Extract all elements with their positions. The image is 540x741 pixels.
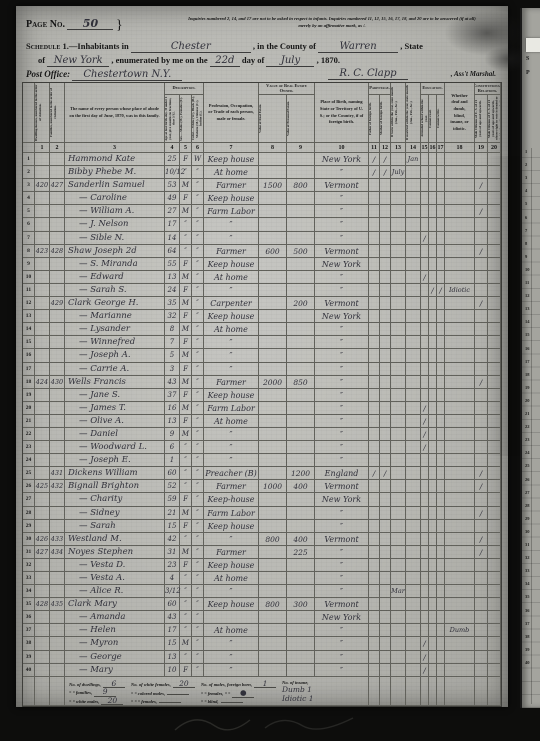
birthplace-value: ″: [315, 428, 369, 441]
real-estate-value: [259, 336, 287, 349]
disability-value: [445, 323, 475, 336]
cannot-write-mark: [437, 402, 445, 415]
personal-estate-value: [287, 284, 315, 297]
dwelling-number: [35, 611, 50, 624]
cannot-read-mark: [429, 323, 437, 336]
male-citizen-mark: /: [475, 480, 488, 493]
column-title: Age at last birth-day. If under 1 year, …: [165, 95, 179, 142]
marriage-month-value: [406, 232, 421, 245]
family-number: [50, 507, 65, 520]
vote-denied-mark: [488, 651, 501, 664]
occupation-value: ″: [204, 651, 259, 664]
marriage-month-value: [406, 637, 421, 650]
mother-foreign-mark: [380, 585, 391, 598]
cannot-read-mark: [429, 585, 437, 598]
mother-foreign-mark: /: [380, 467, 391, 480]
cannot-read-mark: [429, 363, 437, 376]
occupation-value: At home: [204, 572, 259, 585]
cannot-write-mark: [437, 297, 445, 310]
column-header-14: If married within the year, state month …: [406, 83, 421, 143]
column-header-11: Father of foreign birth.: [369, 95, 380, 143]
marriage-month-value: [406, 533, 421, 546]
real-estate-value: [259, 493, 287, 506]
personal-estate-value: [287, 153, 315, 166]
footer-line-label: “ “ “ females,: [131, 699, 157, 704]
family-number: [50, 637, 65, 650]
school-mark: [421, 284, 429, 297]
father-foreign-mark: [369, 651, 380, 664]
cannot-write-mark: [437, 218, 445, 231]
family-number: 434: [50, 546, 65, 559]
next-page-line-number: 15: [525, 333, 530, 338]
age-value: 37: [165, 389, 180, 402]
column-group-header: Education.: [421, 83, 445, 95]
sex-value: ″: [180, 480, 192, 493]
male-citizen-mark: [475, 651, 488, 664]
dwelling-number: [35, 271, 50, 284]
next-page-line-number: 10: [525, 268, 530, 273]
cannot-read-mark: [429, 245, 437, 258]
dwelling-number: [35, 284, 50, 297]
person-name: Wells Francis: [65, 376, 165, 389]
vote-denied-mark: [488, 153, 501, 166]
male-citizen-mark: /: [475, 297, 488, 310]
family-number: 428: [50, 245, 65, 258]
mother-foreign-mark: [380, 402, 391, 415]
real-estate-value: [259, 363, 287, 376]
sex-value: F: [180, 336, 192, 349]
marriage-month-value: [406, 271, 421, 284]
footer-line-label: “ “ colored males,: [131, 691, 165, 696]
birthplace-value: ″: [315, 232, 369, 245]
color-value: ″: [192, 415, 204, 428]
disability-value: [445, 611, 475, 624]
personal-estate-value: [287, 336, 315, 349]
month-value: July: [266, 56, 314, 67]
line-number: 26: [23, 480, 35, 493]
sex-value: M: [180, 637, 192, 650]
column-number: 8: [259, 143, 287, 153]
dwelling-number: [35, 454, 50, 467]
male-citizen-mark: [475, 258, 488, 271]
personal-estate-value: 500: [287, 245, 315, 258]
father-foreign-mark: /: [369, 166, 380, 179]
occupation-value: ″: [204, 533, 259, 546]
next-page-line-number: 32: [525, 556, 530, 561]
birth-month-value: [391, 232, 406, 245]
personal-estate-value: [287, 402, 315, 415]
cannot-write-mark: [437, 166, 445, 179]
age-value: 31: [165, 546, 180, 559]
column-number: 19: [475, 143, 488, 153]
family-number: [50, 493, 65, 506]
real-estate-value: 2000: [259, 376, 287, 389]
dwelling-number: 420: [35, 179, 50, 192]
cannot-write-mark: [437, 153, 445, 166]
birthplace-value: ″: [315, 637, 369, 650]
dayof-label: day of: [242, 55, 264, 65]
occupation-value: Keep house: [204, 153, 259, 166]
person-name: — Woodward L.: [65, 441, 165, 454]
vote-denied-mark: [488, 232, 501, 245]
dwelling-number: 424: [35, 376, 50, 389]
next-page-line-number: 4: [525, 189, 527, 194]
next-page-line-number: 3: [525, 176, 527, 181]
person-name: — Joseph E.: [65, 454, 165, 467]
dwelling-number: [35, 415, 50, 428]
dwelling-number: [35, 428, 50, 441]
family-number: [50, 205, 65, 218]
school-mark: [421, 310, 429, 323]
column-number: 14: [406, 143, 421, 153]
color-value: ″: [192, 533, 204, 546]
school-mark: [421, 533, 429, 546]
vote-denied-mark: [488, 349, 501, 362]
cannot-read-mark: [429, 507, 437, 520]
cannot-write-mark: [437, 428, 445, 441]
marriage-month-value: [406, 415, 421, 428]
mother-foreign-mark: [380, 310, 391, 323]
age-value: 32: [165, 310, 180, 323]
age-value: 35: [165, 297, 180, 310]
disability-value: [445, 559, 475, 572]
mother-foreign-mark: [380, 415, 391, 428]
marriage-month-value: [406, 284, 421, 297]
marriage-month-value: [406, 245, 421, 258]
occupation-value: [204, 611, 259, 624]
column-header-2: Families, numbered in the order of visit…: [50, 83, 65, 143]
male-citizen-mark: [475, 192, 488, 205]
vote-denied-mark: [488, 480, 501, 493]
next-page-line-number: 17: [525, 360, 530, 365]
male-citizen-mark: [475, 441, 488, 454]
person-name: — Myron: [65, 637, 165, 650]
mother-foreign-mark: [380, 572, 391, 585]
occupation-value: Preacher (B): [204, 467, 259, 480]
real-estate-value: [259, 271, 287, 284]
vote-denied-mark: [488, 598, 501, 611]
next-page-line-number: 39: [525, 648, 530, 653]
personal-estate-value: 850: [287, 376, 315, 389]
vote-denied-mark: [488, 415, 501, 428]
marriage-month-value: [406, 598, 421, 611]
mother-foreign-mark: [380, 297, 391, 310]
school-mark: /: [421, 664, 429, 677]
personal-estate-value: [287, 232, 315, 245]
dwelling-number: [35, 205, 50, 218]
family-number: 429: [50, 297, 65, 310]
sex-value: ″: [180, 611, 192, 624]
color-value: W: [192, 153, 204, 166]
brace-glyph: }: [116, 18, 123, 33]
school-mark: /: [421, 232, 429, 245]
column-number: 3: [65, 143, 165, 153]
cannot-write-mark: [437, 245, 445, 258]
birthplace-value: ″: [315, 415, 369, 428]
birthplace-value: ″: [315, 389, 369, 402]
occupation-value: Farmer: [204, 480, 259, 493]
disability-value: [445, 336, 475, 349]
marriage-month-value: [406, 507, 421, 520]
dwelling-number: [35, 153, 50, 166]
father-foreign-mark: [369, 493, 380, 506]
real-estate-value: [259, 611, 287, 624]
birthplace-value: New York: [315, 310, 369, 323]
real-estate-value: [259, 402, 287, 415]
male-citizen-mark: [475, 493, 488, 506]
birth-month-value: [391, 336, 406, 349]
birthplace-value: ″: [315, 323, 369, 336]
occupation-value: Keep house: [204, 520, 259, 533]
real-estate-value: [259, 664, 287, 677]
age-value: 6: [165, 441, 180, 454]
year-label: , 1870.: [317, 55, 340, 65]
footer-blank: [391, 677, 406, 706]
mother-foreign-mark: [380, 493, 391, 506]
occupation-value: ″: [204, 428, 259, 441]
personal-estate-value: [287, 454, 315, 467]
birth-month-value: [391, 546, 406, 559]
birthplace-value: ″: [315, 166, 369, 179]
footer-line-value: 1: [254, 680, 276, 689]
real-estate-value: [259, 585, 287, 598]
male-citizen-mark: [475, 166, 488, 179]
dwelling-number: [35, 559, 50, 572]
occupation-value: Farmer: [204, 179, 259, 192]
footer-blank: [437, 677, 445, 706]
age-value: 42: [165, 533, 180, 546]
person-name: — Winnefred: [65, 336, 165, 349]
school-mark: [421, 166, 429, 179]
occupation-value: ″: [204, 637, 259, 650]
father-foreign-mark: [369, 363, 380, 376]
family-number: [50, 651, 65, 664]
line-number: 38: [23, 637, 35, 650]
column-header-12: Mother of foreign birth.: [380, 95, 391, 143]
bleedthrough-marks: [170, 708, 390, 738]
birth-month-value: Mar: [391, 585, 406, 598]
real-estate-value: 1000: [259, 480, 287, 493]
next-page-line-number: 38: [525, 635, 530, 640]
male-citizen-mark: /: [475, 205, 488, 218]
birth-month-value: [391, 624, 406, 637]
family-number: [50, 611, 65, 624]
column-number: 2: [50, 143, 65, 153]
dwelling-number: [35, 297, 50, 310]
cannot-write-mark: [437, 323, 445, 336]
vote-denied-mark: [488, 271, 501, 284]
color-value: ″: [192, 166, 204, 179]
birth-month-value: [391, 192, 406, 205]
birthplace-value: ″: [315, 271, 369, 284]
birth-month-value: [391, 245, 406, 258]
cannot-write-mark: [437, 651, 445, 664]
father-foreign-mark: [369, 376, 380, 389]
personal-estate-value: [287, 323, 315, 336]
school-mark: /: [421, 637, 429, 650]
sex-value: F: [180, 153, 192, 166]
county-label: , in the County of: [253, 41, 316, 51]
next-page-line-number: 12: [525, 294, 530, 299]
color-value: ″: [192, 349, 204, 362]
family-number: [50, 559, 65, 572]
school-mark: [421, 376, 429, 389]
next-page-line-number: 36: [525, 609, 530, 614]
disability-value: [445, 546, 475, 559]
color-value: ″: [192, 323, 204, 336]
vote-denied-mark: [488, 336, 501, 349]
family-number: [50, 258, 65, 271]
birthplace-value: ″: [315, 376, 369, 389]
cannot-write-mark: [437, 559, 445, 572]
real-estate-value: [259, 637, 287, 650]
footer-blank: [23, 677, 35, 706]
occupation-value: ″: [204, 454, 259, 467]
father-foreign-mark: [369, 611, 380, 624]
color-value: ″: [192, 611, 204, 624]
person-name: Shaw Joseph 2d: [65, 245, 165, 258]
marriage-month-value: [406, 651, 421, 664]
line-number: 35: [23, 598, 35, 611]
personal-estate-value: [287, 441, 315, 454]
real-estate-value: [259, 507, 287, 520]
birthplace-value: ″: [315, 192, 369, 205]
personal-estate-value: [287, 559, 315, 572]
male-citizen-mark: [475, 572, 488, 585]
sex-value: ″: [180, 467, 192, 480]
dwelling-number: 428: [35, 598, 50, 611]
birth-month-value: [391, 611, 406, 624]
occupation-value: At home: [204, 271, 259, 284]
instructions-note: Inquiries numbered 2, 14, and 17 are not…: [162, 16, 502, 30]
disability-value: [445, 363, 475, 376]
age-value: 13: [165, 271, 180, 284]
county-value: Warren: [318, 42, 398, 53]
column-title: Dwelling-houses, numbered in the order o…: [35, 83, 49, 142]
next-page-text-fragment: P: [526, 70, 530, 76]
mother-foreign-mark: [380, 376, 391, 389]
father-foreign-mark: [369, 585, 380, 598]
birthplace-value: ″: [315, 363, 369, 376]
column-header-17: Cannot write.: [437, 95, 445, 143]
vote-denied-mark: [488, 637, 501, 650]
occupation-value: Farmer: [204, 245, 259, 258]
person-name: — Sidney: [65, 507, 165, 520]
mother-foreign-mark: [380, 637, 391, 650]
family-number: [50, 389, 65, 402]
sex-value: F: [180, 258, 192, 271]
father-foreign-mark: /: [369, 467, 380, 480]
column-number: 4: [165, 143, 180, 153]
cannot-write-mark: [437, 349, 445, 362]
marshal-signature: R. C. Clapp: [328, 69, 408, 80]
school-mark: [421, 546, 429, 559]
personal-estate-value: [287, 205, 315, 218]
person-name: — Sarah: [65, 520, 165, 533]
disability-value: [445, 310, 475, 323]
family-number: [50, 428, 65, 441]
family-number: 427: [50, 179, 65, 192]
male-citizen-mark: /: [475, 467, 488, 480]
vote-denied-mark: [488, 376, 501, 389]
personal-estate-value: [287, 651, 315, 664]
cannot-read-mark: [429, 349, 437, 362]
school-mark: [421, 520, 429, 533]
mother-foreign-mark: [380, 611, 391, 624]
dwelling-number: 427: [35, 546, 50, 559]
mother-foreign-mark: [380, 559, 391, 572]
male-citizen-mark: [475, 402, 488, 415]
age-value: 15: [165, 637, 180, 650]
father-foreign-mark: [369, 624, 380, 637]
birth-month-value: [391, 284, 406, 297]
family-number: 432: [50, 480, 65, 493]
personal-estate-value: 400: [287, 480, 315, 493]
marriage-month-value: [406, 205, 421, 218]
school-mark: [421, 585, 429, 598]
footer-group: No. of dwellings,6“ “ families,9“ “ whit…: [69, 679, 125, 705]
person-name: Clark Mary: [65, 598, 165, 611]
column-number: 6: [192, 143, 204, 153]
cannot-read-mark: [429, 258, 437, 271]
school-mark: /: [421, 441, 429, 454]
occupation-value: Farmer: [204, 376, 259, 389]
father-foreign-mark: [369, 480, 380, 493]
birth-month-value: [391, 572, 406, 585]
column-number: 18: [445, 143, 475, 153]
birthplace-value: Vermont: [315, 245, 369, 258]
family-number: [50, 454, 65, 467]
dwelling-number: [35, 402, 50, 415]
marriage-month-value: [406, 585, 421, 598]
real-estate-value: [259, 218, 287, 231]
school-mark: [421, 179, 429, 192]
mother-foreign-mark: [380, 389, 391, 402]
next-page-line-number: 21: [525, 412, 530, 417]
footer-blank: [488, 677, 501, 706]
birth-month-value: [391, 664, 406, 677]
person-name: — Olive A.: [65, 415, 165, 428]
column-title: The name of every person whose place of …: [65, 83, 164, 142]
color-value: ″: [192, 389, 204, 402]
male-citizen-mark: [475, 349, 488, 362]
disability-value: Dumb: [445, 624, 475, 637]
person-name: — Daniel: [65, 428, 165, 441]
mother-foreign-mark: [380, 546, 391, 559]
line-number: 29: [23, 520, 35, 533]
birthplace-value: Vermont: [315, 598, 369, 611]
color-value: ″: [192, 441, 204, 454]
family-number: [50, 349, 65, 362]
line-number: 4: [23, 192, 35, 205]
birthplace-value: ″: [315, 585, 369, 598]
line-number: 18: [23, 376, 35, 389]
marriage-month-value: [406, 336, 421, 349]
occupation-value: ″: [204, 232, 259, 245]
marriage-month-value: [406, 349, 421, 362]
column-header-15: Attended school within the year.: [421, 95, 429, 143]
occupation-value: ″: [204, 336, 259, 349]
next-page-line-number: 23: [525, 438, 530, 443]
mother-foreign-mark: [380, 258, 391, 271]
next-page-line-number: 18: [525, 373, 530, 378]
next-page-line-number: 27: [525, 491, 530, 496]
age-value: 1: [165, 454, 180, 467]
age-value: 7: [165, 336, 180, 349]
disability-value: [445, 480, 475, 493]
marriage-month-value: [406, 493, 421, 506]
dwelling-number: [35, 493, 50, 506]
